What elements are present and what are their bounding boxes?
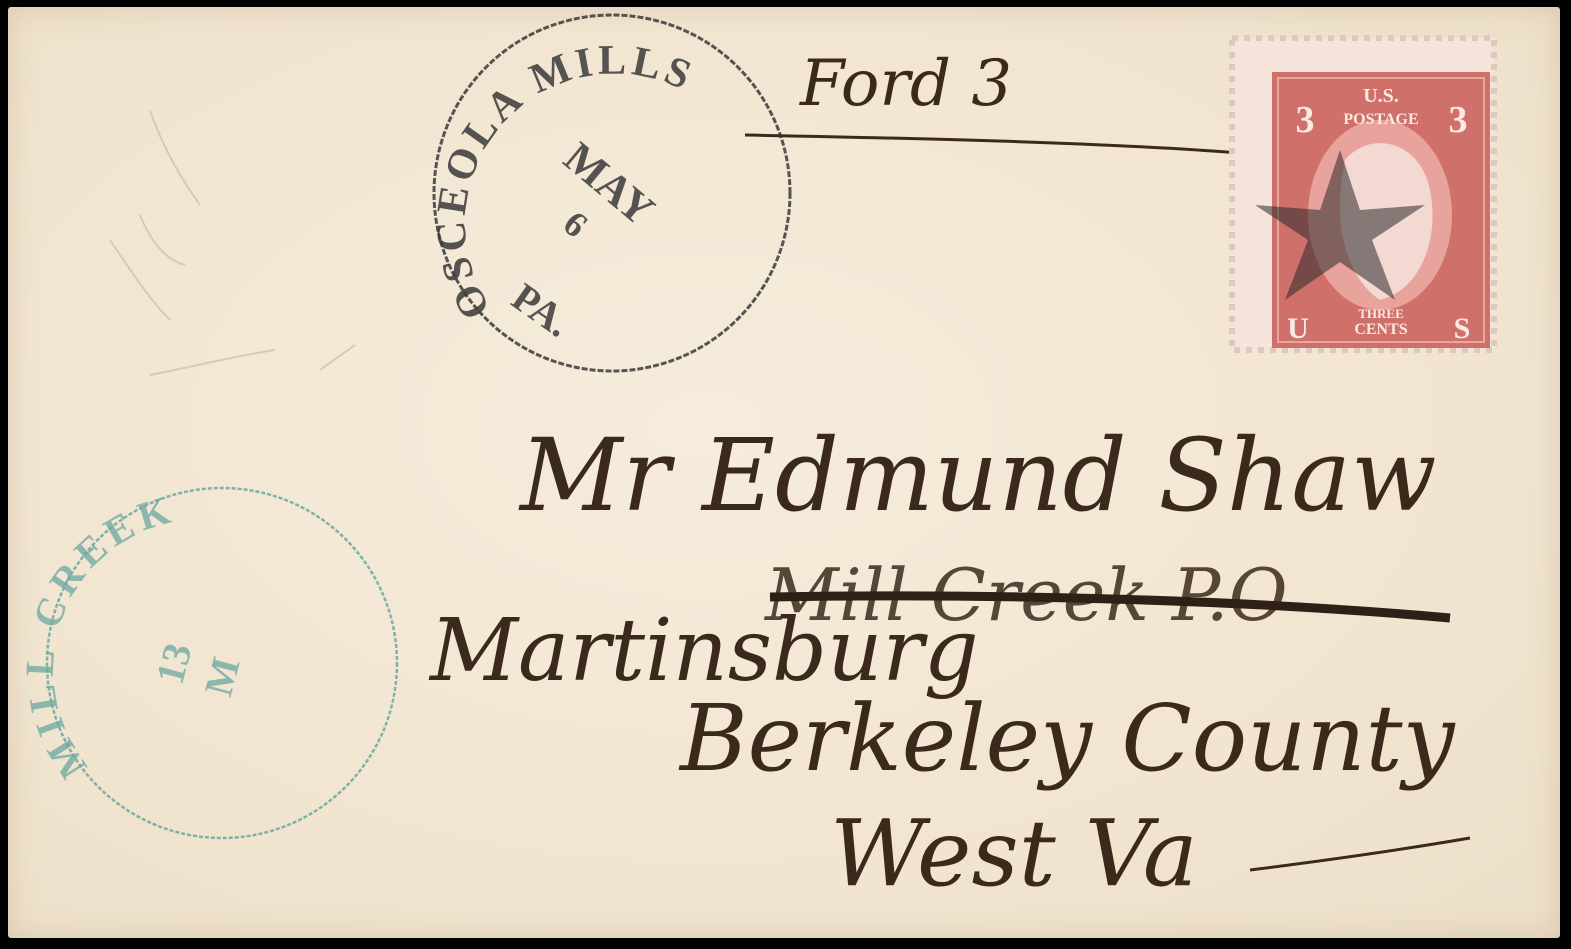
forwarding-note: Ford 3 (745, 47, 1240, 153)
svg-text:3: 3 (1449, 99, 1468, 141)
pencil-marks (110, 110, 355, 375)
address-line-1: Mr Edmund Shaw (518, 417, 1437, 534)
address-line-4: West Va (830, 800, 1198, 907)
svg-text:POSTAGE: POSTAGE (1343, 111, 1418, 128)
svg-text:MILL CREEK: MILL CREEK (17, 486, 181, 787)
svg-text:THREE: THREE (1358, 306, 1404, 321)
cover-markings: OSCEOLA MILLS PA. MAY 6 MILL CREEK M 13 … (0, 0, 1571, 949)
svg-text:6: 6 (556, 203, 596, 245)
svg-text:OSCEOLA MILLS: OSCEOLA MILLS (428, 38, 701, 327)
postmark-osceola-mills: OSCEOLA MILLS PA. MAY 6 (428, 15, 790, 371)
postmark-mill-creek: MILL CREEK M 13 (17, 486, 397, 838)
svg-text:3: 3 (1296, 99, 1315, 141)
svg-text:PA.: PA. (504, 274, 579, 345)
svg-text:U: U (1287, 312, 1309, 345)
svg-text:U.S.: U.S. (1363, 85, 1399, 107)
svg-text:M: M (195, 652, 248, 700)
svg-text:13: 13 (147, 638, 201, 688)
svg-text:CENTS: CENTS (1354, 321, 1407, 338)
address-line-3: Berkeley County (678, 685, 1456, 792)
postage-stamp: U.S. POSTAGE 3 3 U S THREE CENTS (1232, 38, 1494, 350)
address-block: Mr Edmund Shaw Mill Creek P.O Martinsbur… (428, 417, 1470, 907)
svg-text:S: S (1454, 312, 1471, 345)
svg-text:Ford 3: Ford 3 (799, 47, 1012, 121)
